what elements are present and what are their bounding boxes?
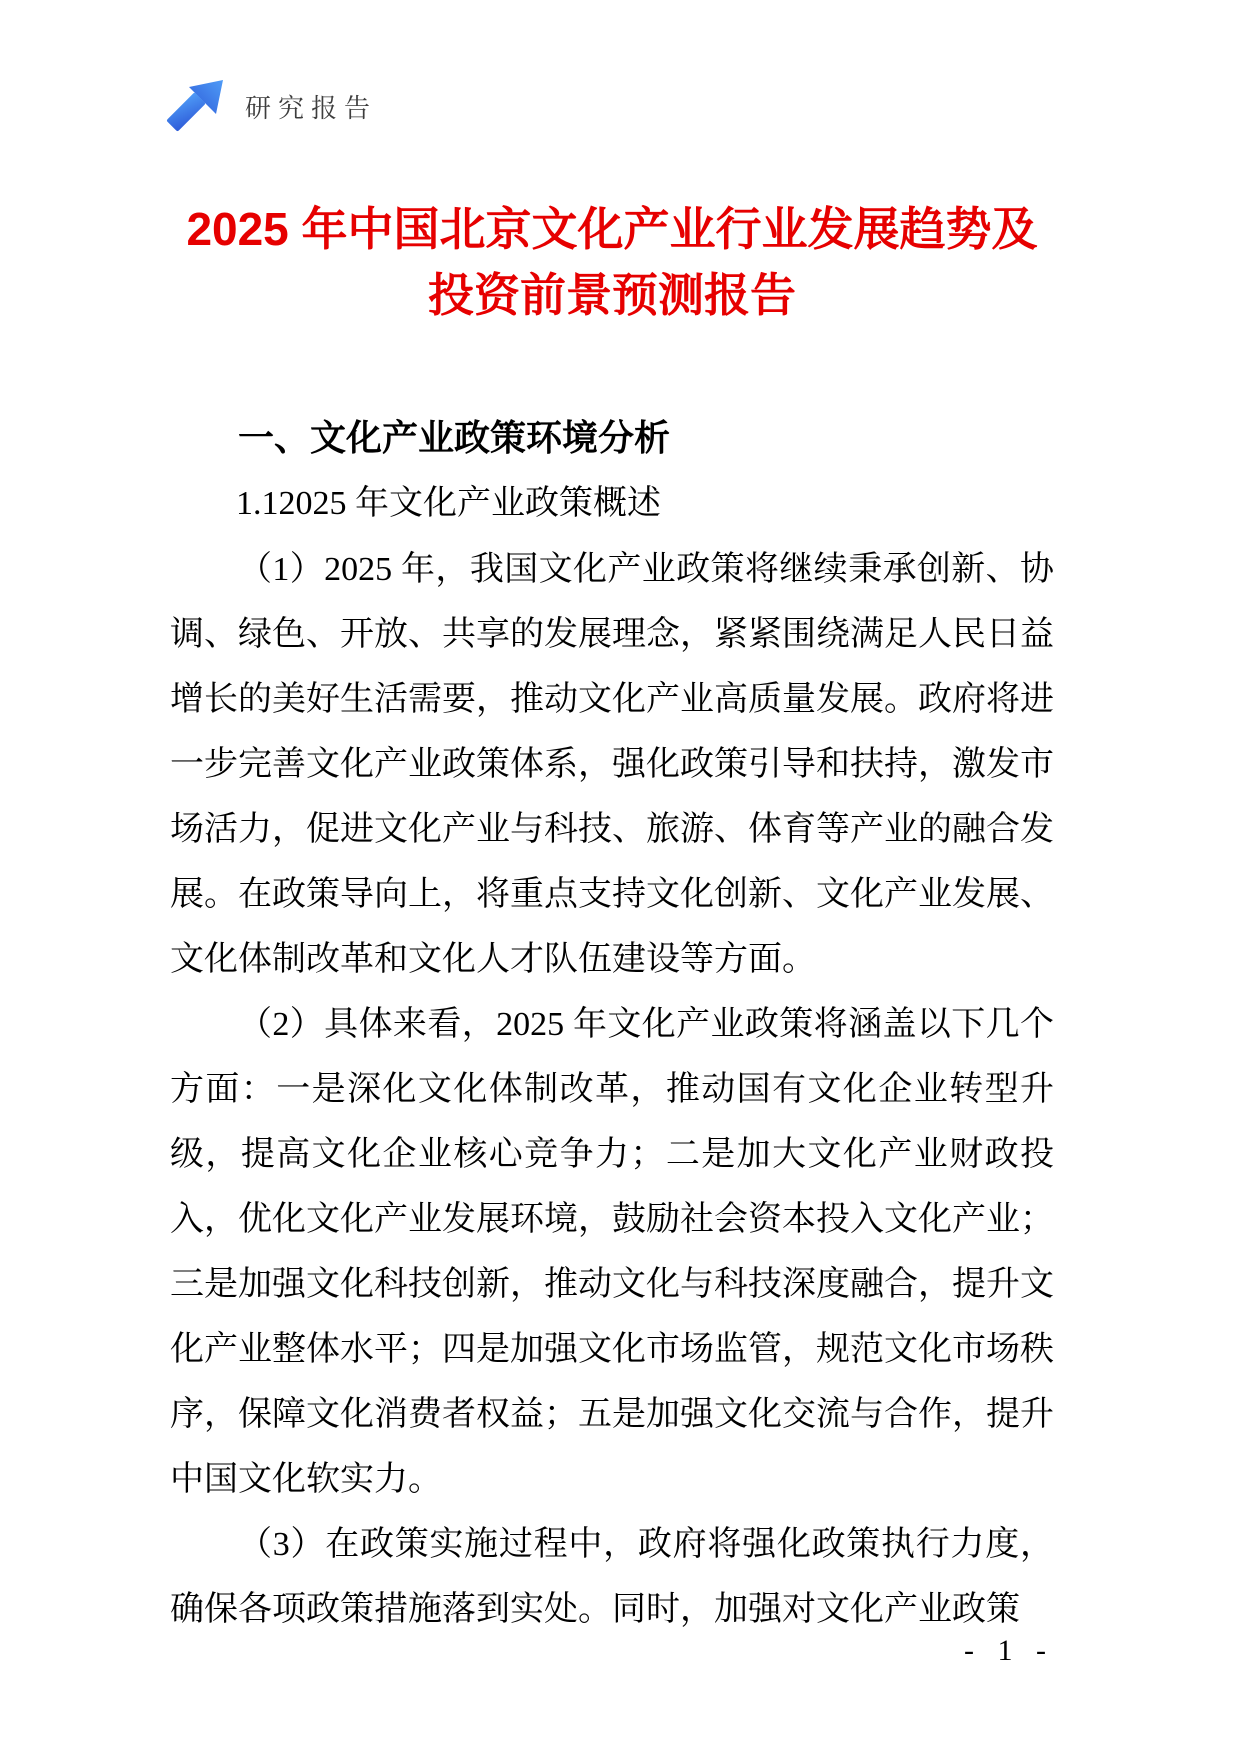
report-title-line2: 投资前景预测报告: [170, 262, 1054, 328]
paragraph-1: （1）2025 年，我国文化产业政策将继续秉承创新、协调、绿色、开放、共享的发展…: [170, 537, 1054, 992]
brand-logo-text: 研究报告: [245, 88, 377, 125]
section-heading: 一、文化产业政策环境分析: [170, 414, 1122, 462]
document-page: 研究报告 2025 年中国北京文化产业行业发展趋势及 投资前景预测报告 一、文化…: [0, 0, 1240, 1753]
section-subheading: 1.12025 年文化产业政策概述: [170, 480, 1120, 528]
paragraph-2: （2）具体来看，2025 年文化产业政策将涵盖以下几个方面：一是深化文化体制改革…: [170, 992, 1054, 1512]
body-text: （1）2025 年，我国文化产业政策将继续秉承创新、协调、绿色、开放、共享的发展…: [170, 537, 1054, 1642]
page-footer: - 1 -: [170, 1633, 1054, 1669]
brand-header: 研究报告: [163, 76, 377, 136]
paragraph-3: （3）在政策实施过程中，政府将强化政策执行力度，确保各项政策措施落到实处。同时，…: [170, 1512, 1054, 1642]
report-title: 2025 年中国北京文化产业行业发展趋势及 投资前景预测报告: [170, 196, 1054, 328]
report-title-line1: 2025 年中国北京文化产业行业发展趋势及: [170, 196, 1054, 262]
page-number: - 1 -: [964, 1634, 1054, 1667]
arrow-up-right-icon: [163, 76, 229, 136]
